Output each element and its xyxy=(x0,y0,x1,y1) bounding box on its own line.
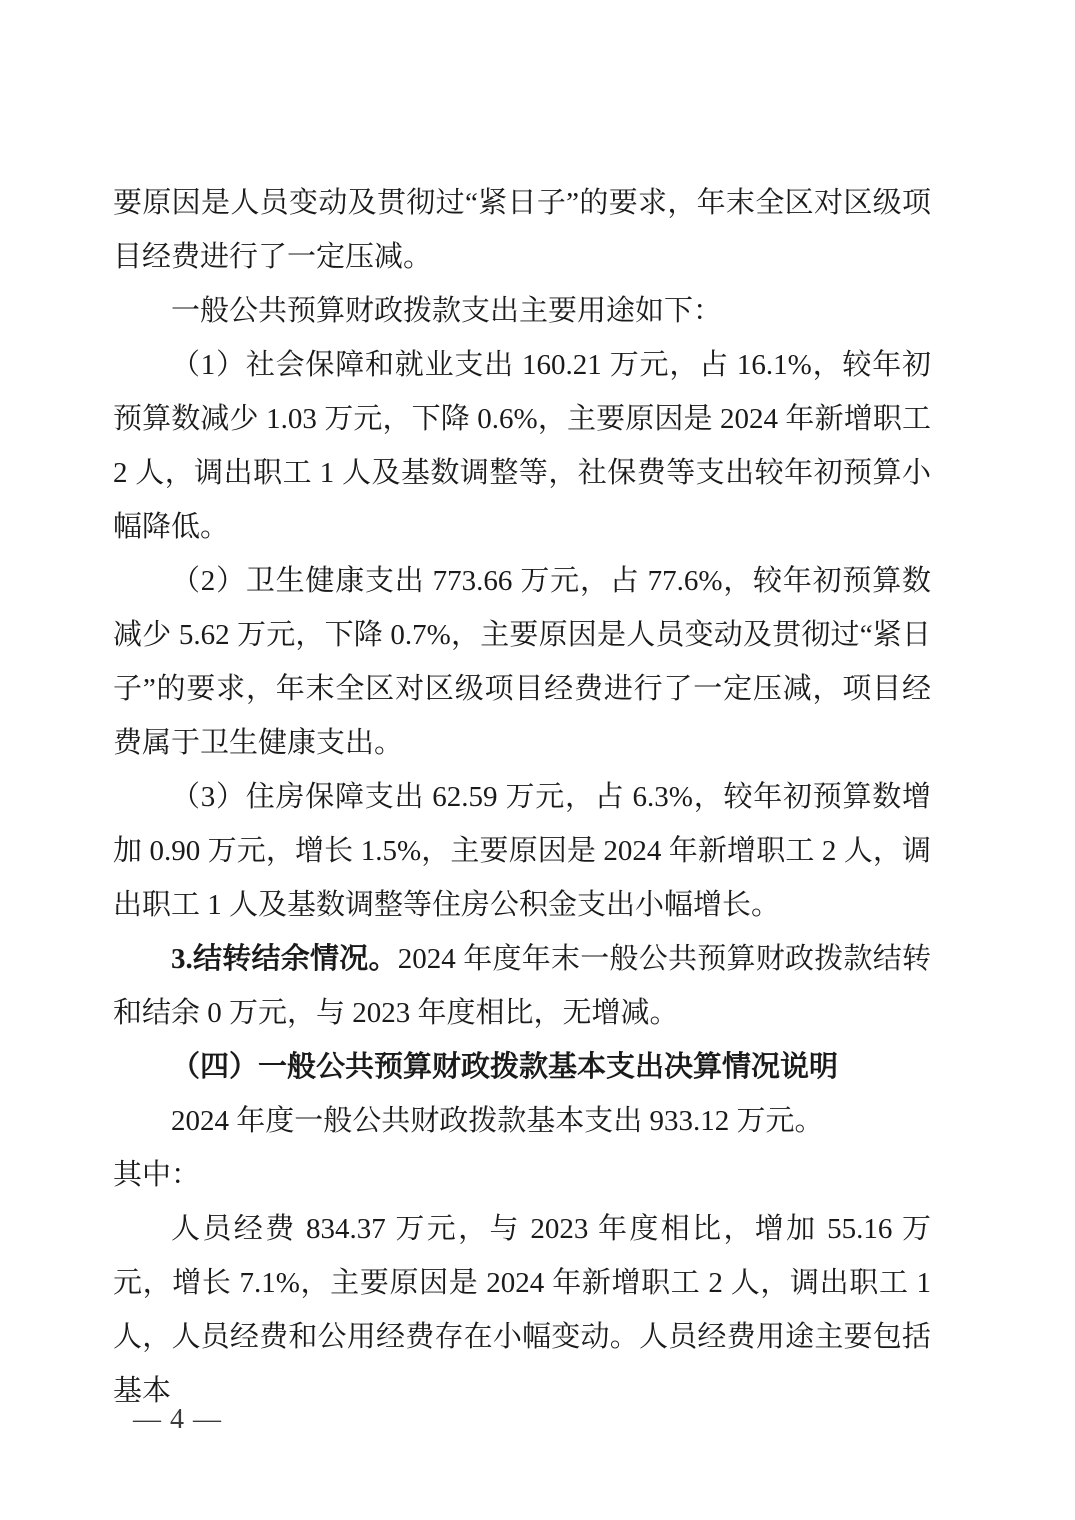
paragraph-personnel-expense: 人员经费 834.37 万元，与 2023 年度相比，增加 55.16 万元，增… xyxy=(113,1202,931,1418)
section-heading-basic-expenditure: （四）一般公共预算财政拨款基本支出决算情况说明 xyxy=(113,1040,931,1094)
paragraph-among-which: 其中： xyxy=(113,1148,931,1202)
paragraph-basic-expenditure-total: 2024 年度一般公共财政拨款基本支出 933.12 万元。 xyxy=(113,1094,931,1148)
paragraph-usage-intro: 一般公共预算财政拨款支出主要用途如下： xyxy=(113,284,931,338)
document-page: 要原因是人员变动及贯彻过“紧日子”的要求，年末全区对区级项目经费进行了一定压减。… xyxy=(0,0,1075,1520)
carryover-heading: 3.结转结余情况。 xyxy=(171,943,398,975)
paragraph-item-2-health: （2）卫生健康支出 773.66 万元，占 77.6%，较年初预算数减少 5.6… xyxy=(113,554,931,770)
paragraph-item-1-social-security: （1）社会保障和就业支出 160.21 万元，占 16.1%，较年初预算数减少 … xyxy=(113,338,931,554)
document-body: 要原因是人员变动及贯彻过“紧日子”的要求，年末全区对区级项目经费进行了一定压减。… xyxy=(113,176,931,1418)
page-number: — 4 — xyxy=(133,1404,222,1435)
paragraph-carryover-balance: 3.结转结余情况。2024 年度年末一般公共预算财政拨款结转和结余 0 万元，与… xyxy=(113,932,931,1040)
paragraph-item-3-housing: （3）住房保障支出 62.59 万元，占 6.3%，较年初预算数增加 0.90 … xyxy=(113,770,931,932)
paragraph-continuation: 要原因是人员变动及贯彻过“紧日子”的要求，年末全区对区级项目经费进行了一定压减。 xyxy=(113,176,931,284)
page-footer: — 4 — xyxy=(133,1402,222,1438)
